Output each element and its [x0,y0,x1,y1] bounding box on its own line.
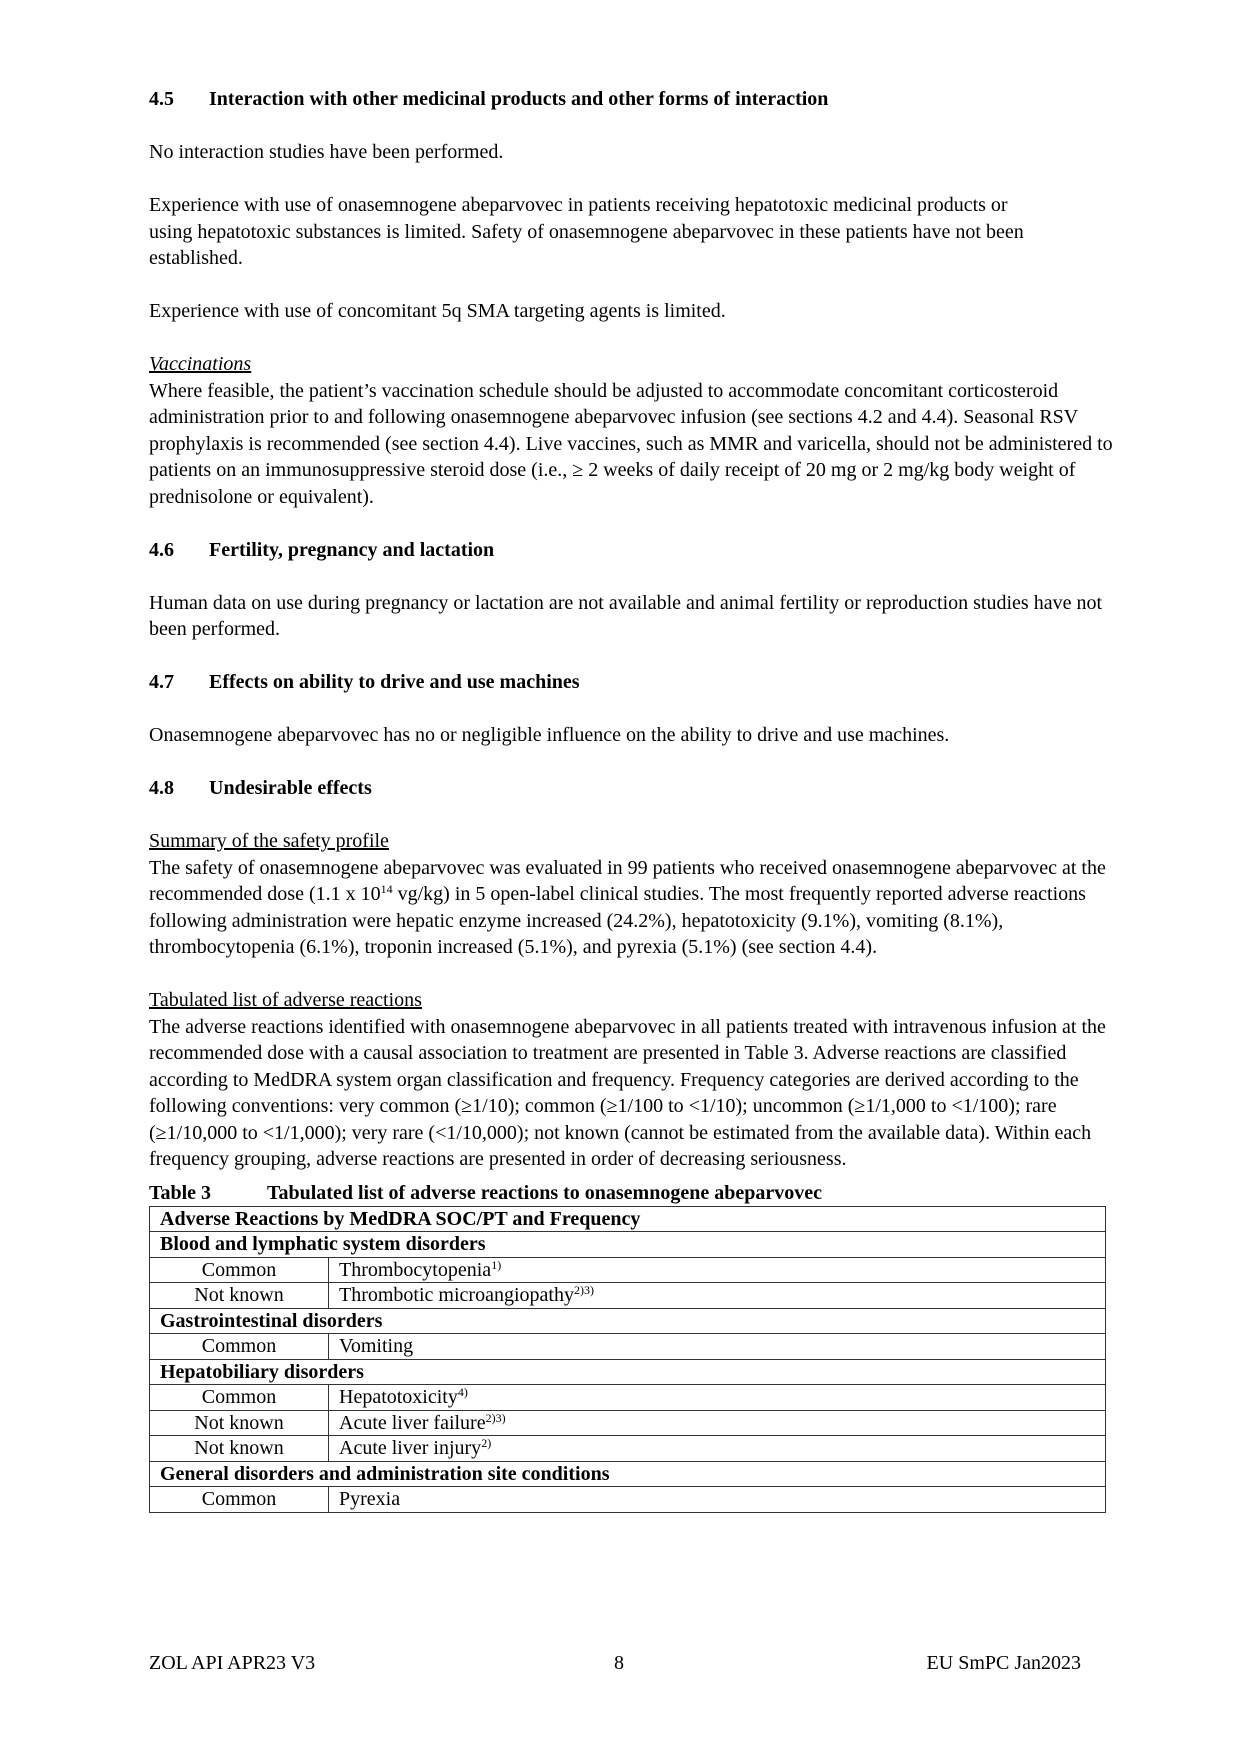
paragraph: Human data on use during pregnancy or la… [149,590,1109,643]
soc-label: Hepatobiliary disorders [150,1359,1106,1385]
paragraph: Where feasible, the patient’s vaccinatio… [149,378,1134,511]
section-heading-4-8: 4.8Undesirable effects [149,775,1139,802]
footnote-ref: 2)3) [574,1283,594,1297]
document-page: 4.5Interaction with other medicinal prod… [149,86,1139,1513]
paragraph: Onasemnogene abeparvovec has no or negli… [149,722,1139,749]
frequency-cell: Common [150,1334,329,1360]
reaction-term-cell: Vomiting [329,1334,1106,1360]
footer-version: EU SmPC Jan2023 [927,1650,1081,1677]
section-heading-4-6: 4.6Fertility, pregnancy and lactation [149,537,1139,564]
table-row: Not knownAcute liver injury2) [150,1436,1106,1462]
footnote-ref: 2)3) [486,1411,506,1425]
table-caption: Table 3Tabulated list of adverse reactio… [149,1180,1139,1206]
subheading-summary: Summary of the safety profile [149,828,1139,855]
adverse-reactions-table: Adverse Reactions by MedDRA SOC/PT and F… [149,1206,1106,1513]
table-row: CommonVomiting [150,1334,1106,1360]
paragraph: Experience with use of concomitant 5q SM… [149,298,1139,325]
soc-label: General disorders and administration sit… [150,1461,1106,1487]
section-heading-4-7: 4.7Effects on ability to drive and use m… [149,669,1139,696]
reaction-term-cell: Pyrexia [329,1487,1106,1513]
soc-row: General disorders and administration sit… [150,1461,1106,1487]
reaction-term-cell: Acute liver failure2)3) [329,1410,1106,1436]
section-heading-4-5: 4.5Interaction with other medicinal prod… [149,86,1139,113]
reaction-term-cell: Thrombocytopenia1) [329,1257,1106,1283]
frequency-cell: Common [150,1257,329,1283]
soc-row: Gastrointestinal disorders [150,1308,1106,1334]
footer-doc-id: ZOL API APR23 V3 [149,1650,315,1677]
soc-row: Blood and lymphatic system disorders [150,1232,1106,1258]
paragraph: The safety of onasemnogene abeparvovec w… [149,855,1124,961]
page-number: 8 [614,1650,624,1677]
reaction-term-cell: Acute liver injury2) [329,1436,1106,1462]
table-row: Not knownThrombotic microangiopathy2)3) [150,1283,1106,1309]
table-row: CommonHepatotoxicity4) [150,1385,1106,1411]
frequency-cell: Not known [150,1283,329,1309]
reaction-term-cell: Hepatotoxicity4) [329,1385,1106,1411]
soc-label: Gastrointestinal disorders [150,1308,1106,1334]
paragraph: The adverse reactions identified with on… [149,1014,1144,1173]
reaction-term-cell: Thrombotic microangiopathy2)3) [329,1283,1106,1309]
table-row: CommonThrombocytopenia1) [150,1257,1106,1283]
table-header: Adverse Reactions by MedDRA SOC/PT and F… [150,1206,1106,1232]
soc-label: Blood and lymphatic system disorders [150,1232,1106,1258]
soc-row: Hepatobiliary disorders [150,1359,1106,1385]
subheading-tabulated: Tabulated list of adverse reactions [149,987,1139,1014]
frequency-cell: Common [150,1487,329,1513]
table-row: CommonPyrexia [150,1487,1106,1513]
table-header-row: Adverse Reactions by MedDRA SOC/PT and F… [150,1206,1106,1232]
paragraph: No interaction studies have been perform… [149,139,1139,166]
paragraph: Experience with use of onasemnogene abep… [149,192,1029,272]
table-row: Not knownAcute liver failure2)3) [150,1410,1106,1436]
frequency-cell: Not known [150,1410,329,1436]
footnote-ref: 1) [491,1258,501,1272]
footnote-ref: 2) [481,1436,491,1450]
frequency-cell: Not known [150,1436,329,1462]
footnote-ref: 4) [458,1385,468,1399]
subheading-vaccinations: Vaccinations [149,351,1139,378]
frequency-cell: Common [150,1385,329,1411]
